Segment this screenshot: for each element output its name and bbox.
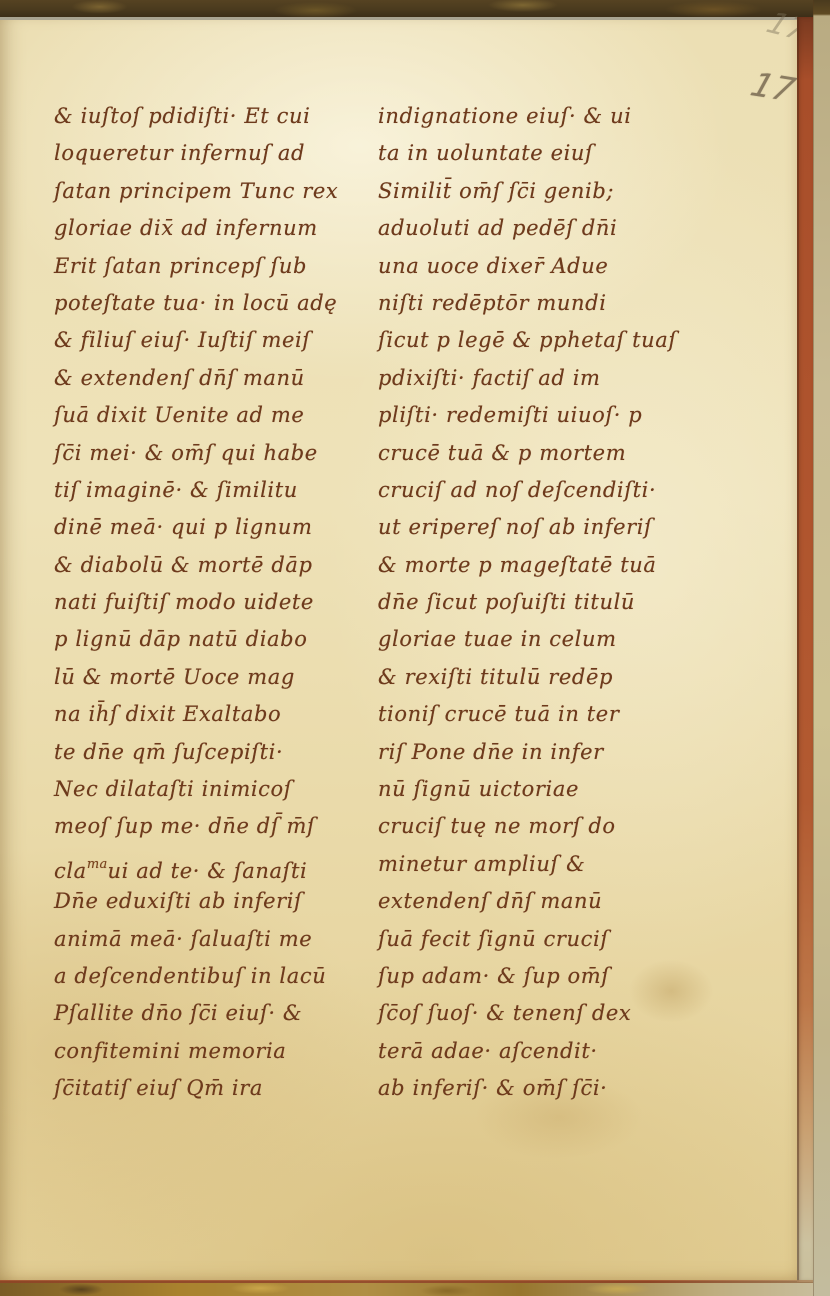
manuscript-line: riſ Pone dn̄e in infer xyxy=(378,734,714,771)
manuscript-line: extendenſ dn̄ſ manū xyxy=(378,883,714,920)
manuscript-line: dn̄e ſicut poſuiſti titulū xyxy=(378,584,714,621)
manuscript-line: ab inferiſ· & om̄ſ ſc̄i· xyxy=(378,1070,714,1107)
manuscript-line: Erit ſatan princepſ ſub xyxy=(54,248,370,285)
manuscript-line: & rexiſti titulū redēp xyxy=(378,659,714,696)
manuscript-line: Similit̄ om̄ſ ſc̄i genib; xyxy=(378,173,714,210)
manuscript-line: Dn̄e eduxiſti ab inferiſ xyxy=(54,883,370,920)
manuscript-line: cruciſ ad noſ deſcendiſti· xyxy=(378,472,714,509)
manuscript-line: dinē meā· qui p lignum xyxy=(54,509,370,546)
manuscript-line: nati fuiſtiſ modo uidete xyxy=(54,584,370,621)
manuscript-line: Nec dilataſti inimicoſ xyxy=(54,771,370,808)
manuscript-line: na ih̄ſ dixit Exaltabo xyxy=(54,696,370,733)
manuscript-line: loqueretur infernuſ ad xyxy=(54,135,370,172)
line-text: cla xyxy=(54,859,87,883)
manuscript-line: crucē tuā & p mortem xyxy=(378,435,714,472)
manuscript-line: Pſallite dn̄o ſc̄i eiuſ· & xyxy=(54,995,370,1032)
manuscript-line: cruciſ tuę ne morſ do xyxy=(378,808,714,845)
manuscript-line: una uoce dixer̄ Adue xyxy=(378,248,714,285)
bottom-edge-band xyxy=(0,1283,813,1296)
manuscript-line: ſuā fecit ſignū cruciſ xyxy=(378,921,714,958)
manuscript-page: 17 17 & iuſtoſ pdidiſti· Et cuiloqueretu… xyxy=(0,20,799,1281)
manuscript-line: minetur ampliuſ & xyxy=(378,846,714,883)
manuscript-line: a deſcendentibuſ in lacū xyxy=(54,958,370,995)
manuscript-line: ſc̄itatiſ eiuſ Qm̄ ira xyxy=(54,1070,370,1107)
manuscript-line: animā meā· ſaluaſti me xyxy=(54,921,370,958)
manuscript-line: pliſti· redemiſti uiuoſ· p xyxy=(378,397,714,434)
manuscript-line: & extendenſ dn̄ſ manū xyxy=(54,360,370,397)
text-column-right: indignatione eiuſ· & uita in uoluntate e… xyxy=(378,98,714,1108)
manuscript-line: clamaui ad te· & ſanaſti xyxy=(54,846,370,883)
manuscript-line: ut eripereſ noſ ab inferiſ xyxy=(378,509,714,546)
text-column-left: & iuſtoſ pdidiſti· Et cuiloqueretur infe… xyxy=(54,98,370,1108)
manuscript-line: ſicut p legē & pphetaſ tuaſ xyxy=(378,322,714,359)
manuscript-line: ſc̄i mei· & om̄ſ qui habe xyxy=(54,435,370,472)
manuscript-line: & morte p mageſtatē tuā xyxy=(378,547,714,584)
manuscript-line: ſup adam· & ſup om̄ſ xyxy=(378,958,714,995)
manuscript-line: poteſtate tua· in locū adę xyxy=(54,285,370,322)
manuscript-line: & iuſtoſ pdidiſti· Et cui xyxy=(54,98,370,135)
manuscript-line: meoſ ſup me· dn̄e dſ̄ m̄ſ xyxy=(54,808,370,845)
manuscript-line: tiſ imaginē· & ſimilitu xyxy=(54,472,370,509)
manuscript-line: ſuā dixit Uenite ad me xyxy=(54,397,370,434)
manuscript-line: confitemini memoria xyxy=(54,1033,370,1070)
manuscript-line: terā adae· aſcendit· xyxy=(378,1033,714,1070)
manuscript-photo: { "page": { "folio_number": "17", "folio… xyxy=(0,0,830,1296)
manuscript-line: niſti redēptōr mundi xyxy=(378,285,714,322)
manuscript-line: te dn̄e qm̄ ſuſcepiſti· xyxy=(54,734,370,771)
manuscript-line: pdixiſti· factiſ ad im xyxy=(378,360,714,397)
interlinear-correction: ma xyxy=(87,857,108,872)
manuscript-line: nū ſignū uictoriae xyxy=(378,771,714,808)
manuscript-line: ta in uoluntate eiuſ xyxy=(378,135,714,172)
manuscript-line: aduoluti ad pedēſ dn̄i xyxy=(378,210,714,247)
manuscript-line: indignatione eiuſ· & ui xyxy=(378,98,714,135)
line-text: ui ad te· & ſanaſti xyxy=(108,859,308,883)
binding-top-edge xyxy=(0,0,830,20)
manuscript-line: gloriae tuae in celum xyxy=(378,621,714,658)
manuscript-line: & filiuſ eiuſ· Iuſtiſ meiſ xyxy=(54,322,370,359)
manuscript-line: lū & mortē Uoce mag xyxy=(54,659,370,696)
manuscript-line: gloriae dix̄ ad infernum xyxy=(54,210,370,247)
manuscript-line: tioniſ crucē tuā in ter xyxy=(378,696,714,733)
manuscript-line: ſatan principem Tunc rex xyxy=(54,173,370,210)
manuscript-line: ſc̄oſ ſuoſ· & tenenſ dex xyxy=(378,995,714,1032)
manuscript-line: & diabolū & mortē dāp xyxy=(54,547,370,584)
outer-page-block-edge xyxy=(813,0,830,1296)
manuscript-line: p lignū dāp natū diabo xyxy=(54,621,370,658)
